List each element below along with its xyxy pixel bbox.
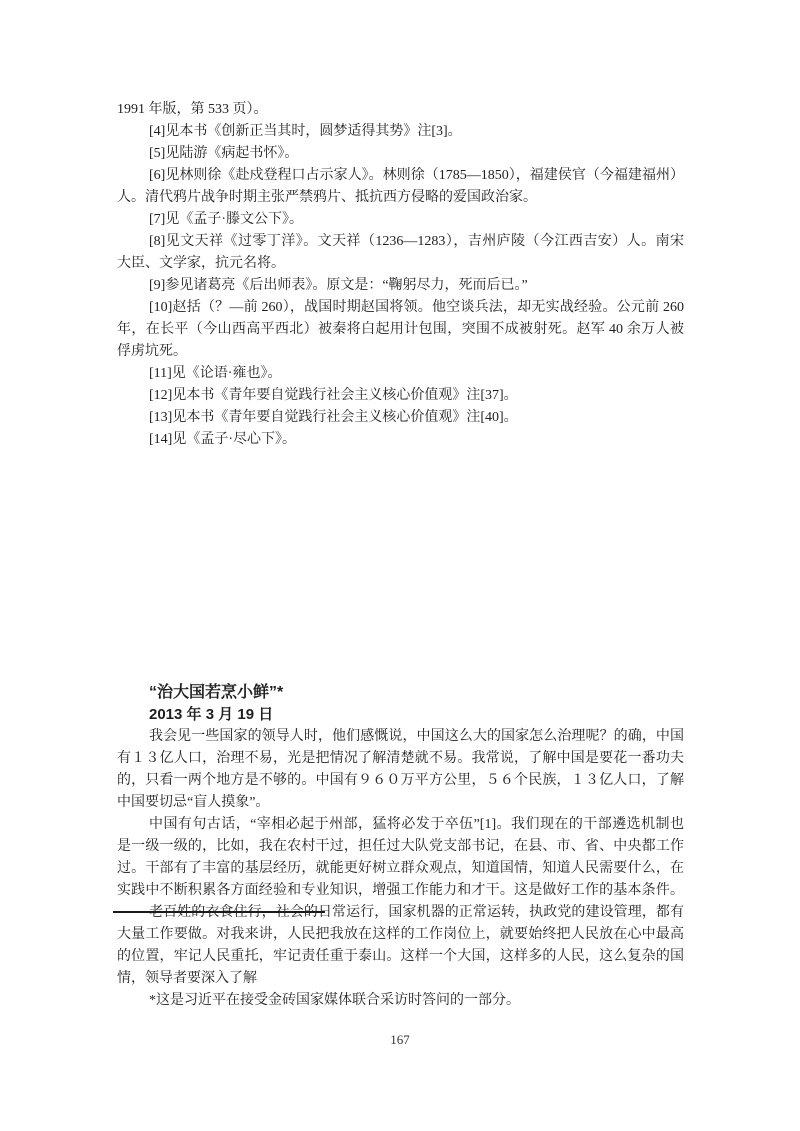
text-line: [13]见本书《青年要自觉践行社会主义核心价值观》注[40]。 bbox=[117, 407, 684, 429]
article-title: “治大国若烹小鲜”* bbox=[117, 682, 684, 704]
text-line: 人。清代鸦片战争时期主张严禁鸦片、抵抗西方侵略的爱国政治家。 bbox=[117, 187, 684, 209]
page-number: 167 bbox=[0, 1031, 800, 1049]
text-line: 大臣、文学家，抗元名将。 bbox=[117, 253, 684, 275]
text-line: [12]见本书《青年要自觉践行社会主义核心价值观》注[37]。 bbox=[117, 385, 684, 407]
text-line: [5]见陆游《病起书怀》。 bbox=[117, 143, 684, 165]
text-line: [11]见《论语·雍也》。 bbox=[117, 363, 684, 385]
article-block: “治大国若烹小鲜”* 2013 年 3 月 19 日 我会见一些国家的领导人时，… bbox=[117, 682, 684, 1012]
text-line: 中国有句古话，“宰相必起于州部，猛将必发于卒伍”[1]。我们现在的干部遴选机制也 bbox=[117, 814, 684, 836]
text-line: [7]见《孟子·滕文公下》。 bbox=[117, 209, 684, 231]
text-line: 实践中不断积累各方面经验和专业知识，增强工作能力和才干。这是做好工作的基本条件。 bbox=[117, 880, 684, 902]
article-body: 我会见一些国家的领导人时，他们感慨说，中国这么大的国家怎么治理呢？的确，中国有１… bbox=[117, 726, 684, 990]
text-line: [8]见文天祥《过零丁洋》。文天祥（1236—1283），吉州庐陵（今江西吉安）… bbox=[117, 231, 684, 253]
text-line: 老百姓的衣食住行，社会的日常运行，国家机器的正常运转，执政党的建设管理，都有 bbox=[117, 902, 684, 924]
text-line: [9]参见诸葛亮《后出师表》。原文是：“鞠躬尽力，死而后已。” bbox=[117, 275, 684, 297]
text-line: [10]赵括（？—前 260），战国时期赵国将领。他空谈兵法，却无实战经验。公元… bbox=[117, 297, 684, 319]
text-line: 情，领导者要深入了解 bbox=[117, 968, 684, 990]
text-line: 的，只看一两个地方是不够的。中国有９６０万平方公里，５６个民族，１３亿人口，了解 bbox=[117, 770, 684, 792]
article-date: 2013 年 3 月 19 日 bbox=[117, 704, 684, 726]
text-line: 中国要切忌“盲人摸象”。 bbox=[117, 792, 684, 814]
text-line: 是一级一级的，比如，我在农村干过，担任过大队党支部书记，在县、市、省、中央都工作 bbox=[117, 836, 684, 858]
text-line: 俘虏坑死。 bbox=[117, 341, 684, 363]
document-page: 1991 年版，第 533 页）。[4]见本书《创新正当其时，圆梦适得其势》注[… bbox=[0, 0, 800, 1131]
text-line: 年，在长平（今山西高平西北）被秦将白起用计包围，突围不成被射死。赵军 40 余万… bbox=[117, 319, 684, 341]
text-line: [14]见《孟子·尽心下》。 bbox=[117, 429, 684, 451]
text-line: 大量工作要做。对我来讲，人民把我放在这样的工作岗位上，就要始终把人民放在心中最高 bbox=[117, 924, 684, 946]
text-line: [6]见林则徐《赴戍登程口占示家人》。林则徐（1785—1850），福建侯官（今… bbox=[117, 165, 684, 187]
text-line: 1991 年版，第 533 页）。 bbox=[117, 99, 684, 121]
strikethrough-artifact bbox=[113, 911, 325, 913]
article-footnote: *这是习近平在接受金砖国家媒体联合采访时答问的一部分。 bbox=[117, 990, 684, 1012]
text-line: [4]见本书《创新正当其时，圆梦适得其势》注[3]。 bbox=[117, 121, 684, 143]
text-line: 过。干部有了丰富的基层经历，就能更好树立群众观点，知道国情，知道人民需要什么，在 bbox=[117, 858, 684, 880]
text-line: 我会见一些国家的领导人时，他们感慨说，中国这么大的国家怎么治理呢？的确，中国 bbox=[117, 726, 684, 748]
text-line: 有１３亿人口，治理不易，光是把情况了解清楚就不易。我常说，了解中国是要花一番功夫 bbox=[117, 748, 684, 770]
endnotes-block: 1991 年版，第 533 页）。[4]见本书《创新正当其时，圆梦适得其势》注[… bbox=[117, 99, 684, 451]
text-line: 的位置，牢记人民重托，牢记责任重于泰山。这样一个大国，这样多的人民，这么复杂的国 bbox=[117, 946, 684, 968]
